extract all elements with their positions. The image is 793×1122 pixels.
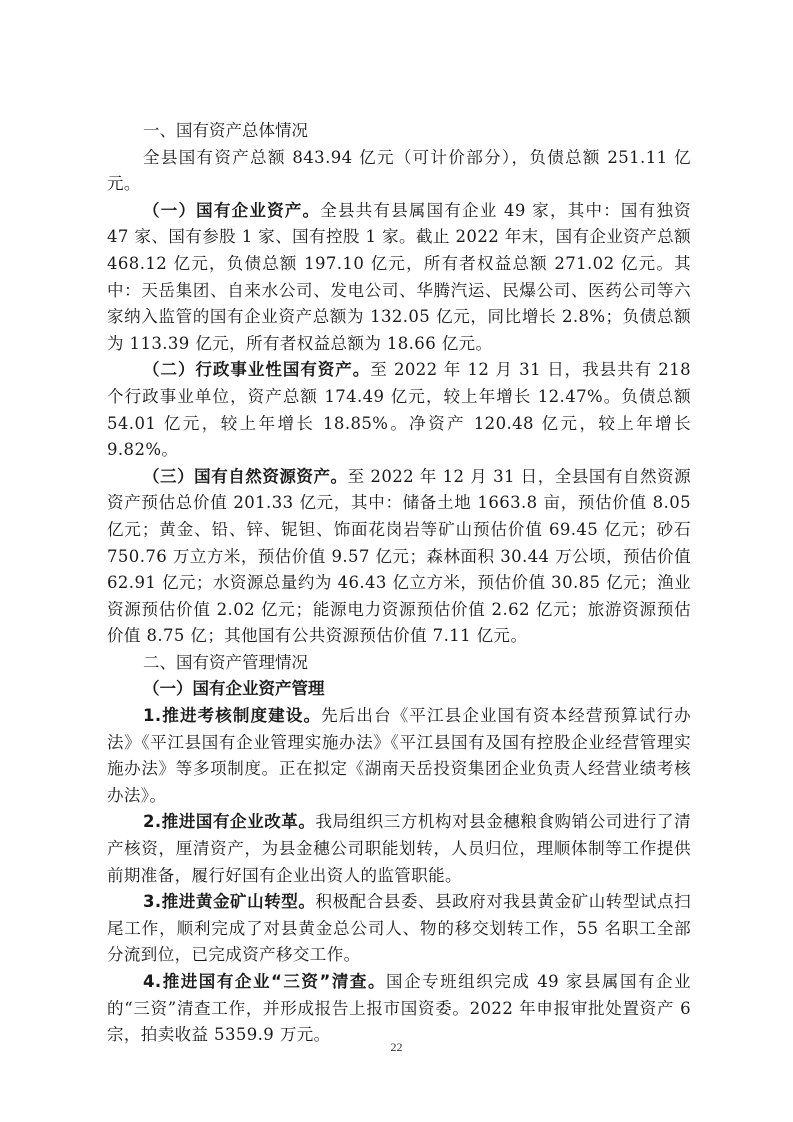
document-page: 一、国有资产总体情况 全县国有资产总额 843.94 亿元（可计价部分），负债总… — [107, 118, 691, 1049]
sub3-title: （三）国有自然资源资产。 — [143, 467, 348, 486]
item-4-title: 4.推进国有企业“三资”清查。 — [143, 972, 386, 991]
sub1-body: 全县共有县属国有企业 49 家，其中：国有独资 47 家、国有参股 1 家、国有… — [107, 201, 691, 353]
paragraph-item-4: 4.推进国有企业“三资”清查。国企专班组织完成 49 家县属国有企业的“三资”清… — [107, 969, 691, 1049]
section1-heading: 一、国有资产总体情况 — [107, 118, 691, 145]
page-number: 22 — [0, 1040, 793, 1055]
item-3-title: 3.推进黄金矿山转型。 — [143, 892, 315, 911]
paragraph-item-2: 2.推进国有企业改革。我局组织三方机构对县金穗粮食购销公司进行了清产核资，厘清资… — [107, 809, 691, 889]
sub3-body: 至 2022 年 12 月 31 日，全县国有自然资源资产预估总价值 201.3… — [107, 467, 691, 646]
paragraph-item-1: 1.推进考核制度建设。先后出台《平江县企业国有资本经营预算试行办法》《平江县国有… — [107, 703, 691, 809]
sub2-title: （二）行政事业性国有资产。 — [143, 360, 370, 379]
item-2-title: 2.推进国有企业改革。 — [143, 812, 315, 831]
item-1-title: 1.推进考核制度建设。 — [143, 706, 321, 725]
sub1-title: （一）国有企业资产。 — [143, 201, 320, 220]
paragraph-sub2: （二）行政事业性国有资产。至 2022 年 12 月 31 日，我县共有 218… — [107, 357, 691, 463]
section2-sub1-title: （一）国有企业资产管理 — [107, 676, 691, 703]
section2-heading: 二、国有资产管理情况 — [107, 650, 691, 677]
paragraph-sub1: （一）国有企业资产。全县共有县属国有企业 49 家，其中：国有独资 47 家、国… — [107, 198, 691, 358]
paragraph-item-3: 3.推进黄金矿山转型。积极配合县委、县政府对我县黄金矿山转型试点扫尾工作，顺利完… — [107, 889, 691, 969]
section1-summary: 全县国有资产总额 843.94 亿元（可计价部分），负债总额 251.11 亿元… — [107, 145, 691, 198]
paragraph-sub3: （三）国有自然资源资产。至 2022 年 12 月 31 日，全县国有自然资源资… — [107, 464, 691, 650]
